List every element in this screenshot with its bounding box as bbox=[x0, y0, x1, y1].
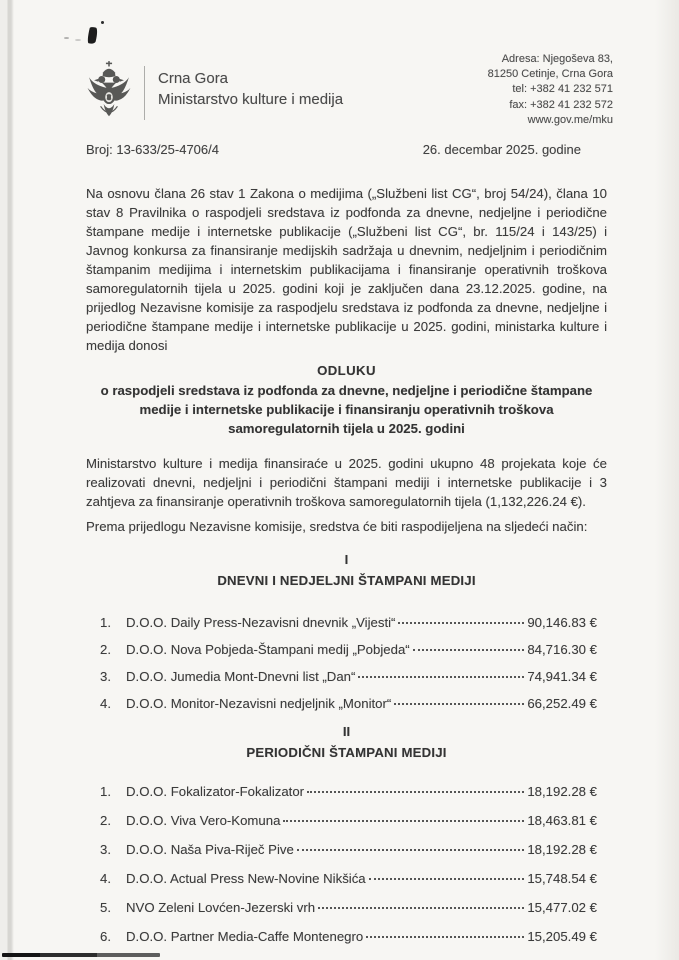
document-body: Na osnovu člana 26 stav 1 Zakona o medij… bbox=[86, 184, 607, 956]
allocation-list-daily-weekly: 1. D.O.O. Daily Press-Nezavisni dnevnik … bbox=[86, 613, 607, 713]
contact-fax: fax: +382 41 232 572 bbox=[488, 98, 613, 113]
contact-website: www.gov.me/mku bbox=[488, 113, 613, 128]
allocation-note: Prema prijedlogu Nezavisne komisije, sre… bbox=[86, 517, 607, 536]
dot-leader bbox=[366, 936, 524, 938]
contact-address-line1: Adresa: Njegoševa 83, bbox=[488, 52, 613, 67]
contact-tel: tel: +382 41 232 571 bbox=[488, 82, 613, 97]
document-date: 26. decembar 2025. godine bbox=[423, 142, 581, 157]
list-item: 4. D.O.O. Monitor-Nezavisni nedjeljnik „… bbox=[86, 694, 607, 713]
letterhead: Crna Gora Ministarstvo kulture i medija … bbox=[86, 52, 613, 127]
ink-smudge bbox=[75, 39, 81, 41]
legal-basis-paragraph: Na osnovu člana 26 stav 1 Zakona o medij… bbox=[86, 184, 607, 355]
scan-edge-shadow-right bbox=[655, 0, 679, 960]
section-numeral: II bbox=[86, 722, 607, 741]
list-item: 4. D.O.O. Actual Press New-Novine Nikšić… bbox=[86, 869, 607, 888]
ink-mark bbox=[86, 26, 99, 45]
dot-leader bbox=[318, 907, 524, 909]
montenegro-coat-of-arms-icon bbox=[86, 60, 132, 127]
dot-leader bbox=[369, 878, 525, 880]
contact-block: Adresa: Njegoševa 83, 81250 Cetinje, Crn… bbox=[488, 52, 613, 128]
section-numeral: I bbox=[86, 550, 607, 569]
list-item: 2. D.O.O. Nova Pobjeda-Štampani medij „P… bbox=[86, 640, 607, 659]
list-item: 1. D.O.O. Daily Press-Nezavisni dnevnik … bbox=[86, 613, 607, 632]
reference-row: Broj: 13-633/25-4706/4 26. decembar 2025… bbox=[86, 142, 613, 157]
dot-leader bbox=[398, 622, 524, 624]
scan-edge-shadow-left bbox=[0, 0, 14, 960]
dot-leader bbox=[413, 649, 525, 651]
dot-leader bbox=[394, 703, 524, 705]
contact-address-line2: 81250 Cetinje, Crna Gora bbox=[488, 67, 613, 82]
list-item: 6. D.O.O. Partner Media-Caffe Montenegro… bbox=[86, 927, 607, 946]
allocation-list-periodical: 1. D.O.O. Fokalizator-Fokalizator 18,192… bbox=[86, 782, 607, 946]
dot-leader bbox=[297, 849, 525, 851]
ink-smudge bbox=[64, 37, 69, 39]
decision-title: ODLUKU bbox=[86, 361, 607, 380]
brand-divider bbox=[144, 66, 145, 120]
dot-leader bbox=[358, 676, 524, 678]
section-title-periodical: PERIODIČNI ŠTAMPANI MEDIJI bbox=[86, 743, 607, 762]
decision-subtitle: o raspodjeli sredstava iz podfonda za dn… bbox=[86, 381, 607, 438]
org-country: Crna Gora bbox=[158, 68, 343, 89]
list-item: 3. D.O.O. Naša Piva-Riječ Pive 18,192.28… bbox=[86, 840, 607, 859]
list-item: 5. NVO Zeleni Lovćen-Jezerski vrh 15,477… bbox=[86, 898, 607, 917]
org-ministry: Ministarstvo kulture i medija bbox=[158, 89, 343, 110]
funding-summary-paragraph: Ministarstvo kulture i medija finansirać… bbox=[86, 454, 607, 511]
section-title-daily-weekly: DNEVNI I NEDJELJNI ŠTAMPANI MEDIJI bbox=[86, 571, 607, 590]
list-item: 2. D.O.O. Viva Vero-Komuna 18,463.81 € bbox=[86, 811, 607, 830]
dot-leader bbox=[283, 820, 524, 822]
dot-leader bbox=[307, 791, 524, 793]
list-item: 1. D.O.O. Fokalizator-Fokalizator 18,192… bbox=[86, 782, 607, 801]
reference-number: Broj: 13-633/25-4706/4 bbox=[86, 142, 219, 157]
list-item: 3. D.O.O. Jumedia Mont-Dnevni list „Dan“… bbox=[86, 667, 607, 686]
scanned-document-page: Crna Gora Ministarstvo kulture i medija … bbox=[0, 0, 679, 960]
ink-dot bbox=[101, 21, 104, 24]
